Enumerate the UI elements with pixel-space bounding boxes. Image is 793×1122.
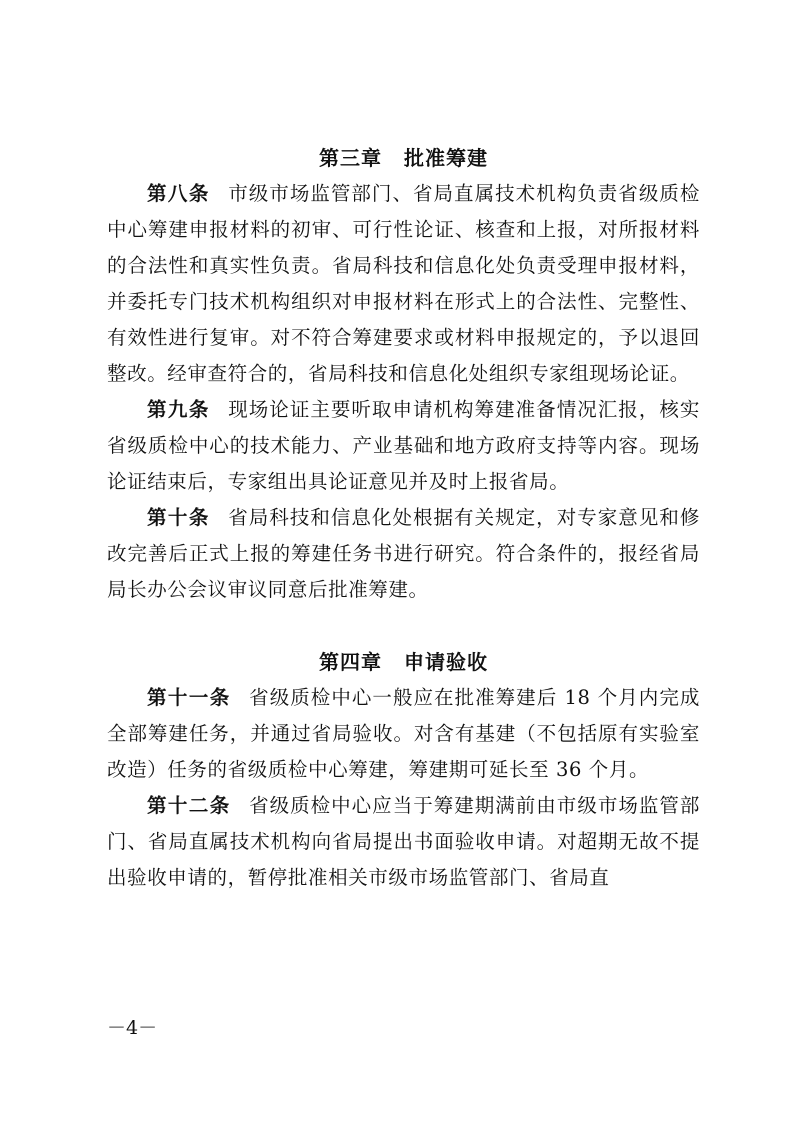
article-text: 市级市场监管部门、省局直属技术机构负责省级质检中心筹建申报材料的初审、可行性论证… — [107, 182, 700, 385]
chapter-title: 申请验收 — [404, 650, 488, 674]
chapter-number: 第四章 — [319, 650, 382, 674]
document-page: 第三章批准筹建 第八条市级市场监管部门、省局直属技术机构负责省级质检中心筹建申报… — [107, 140, 700, 896]
chapter-title: 批准筹建 — [404, 146, 488, 170]
page-number: －4－ — [107, 1013, 157, 1040]
article-label: 第十条 — [147, 506, 210, 529]
article-8: 第八条市级市场监管部门、省局直属技术机构负责省级质检中心筹建申报材料的初审、可行… — [107, 176, 700, 392]
article-label: 第九条 — [147, 398, 210, 421]
chapter-number: 第三章 — [319, 146, 382, 170]
article-10: 第十条省局科技和信息化处根据有关规定，对专家意见和修改完善后正式上报的筹建任务书… — [107, 500, 700, 608]
article-label: 第十一条 — [147, 686, 231, 709]
article-label: 第十二条 — [147, 794, 231, 817]
article-12: 第十二条省级质检中心应当于筹建期满前由市级市场监管部门、省局直属技术机构向省局提… — [107, 788, 700, 896]
chapter-heading-4: 第四章申请验收 — [107, 644, 700, 680]
article-11: 第十一条省级质检中心一般应在批准筹建后 18 个月内完成全部筹建任务，并通过省局… — [107, 680, 700, 788]
article-9: 第九条现场论证主要听取申请机构筹建准备情况汇报，核实省级质检中心的技术能力、产业… — [107, 392, 700, 500]
article-label: 第八条 — [147, 182, 210, 205]
section-spacer — [107, 608, 700, 644]
chapter-heading-3: 第三章批准筹建 — [107, 140, 700, 176]
